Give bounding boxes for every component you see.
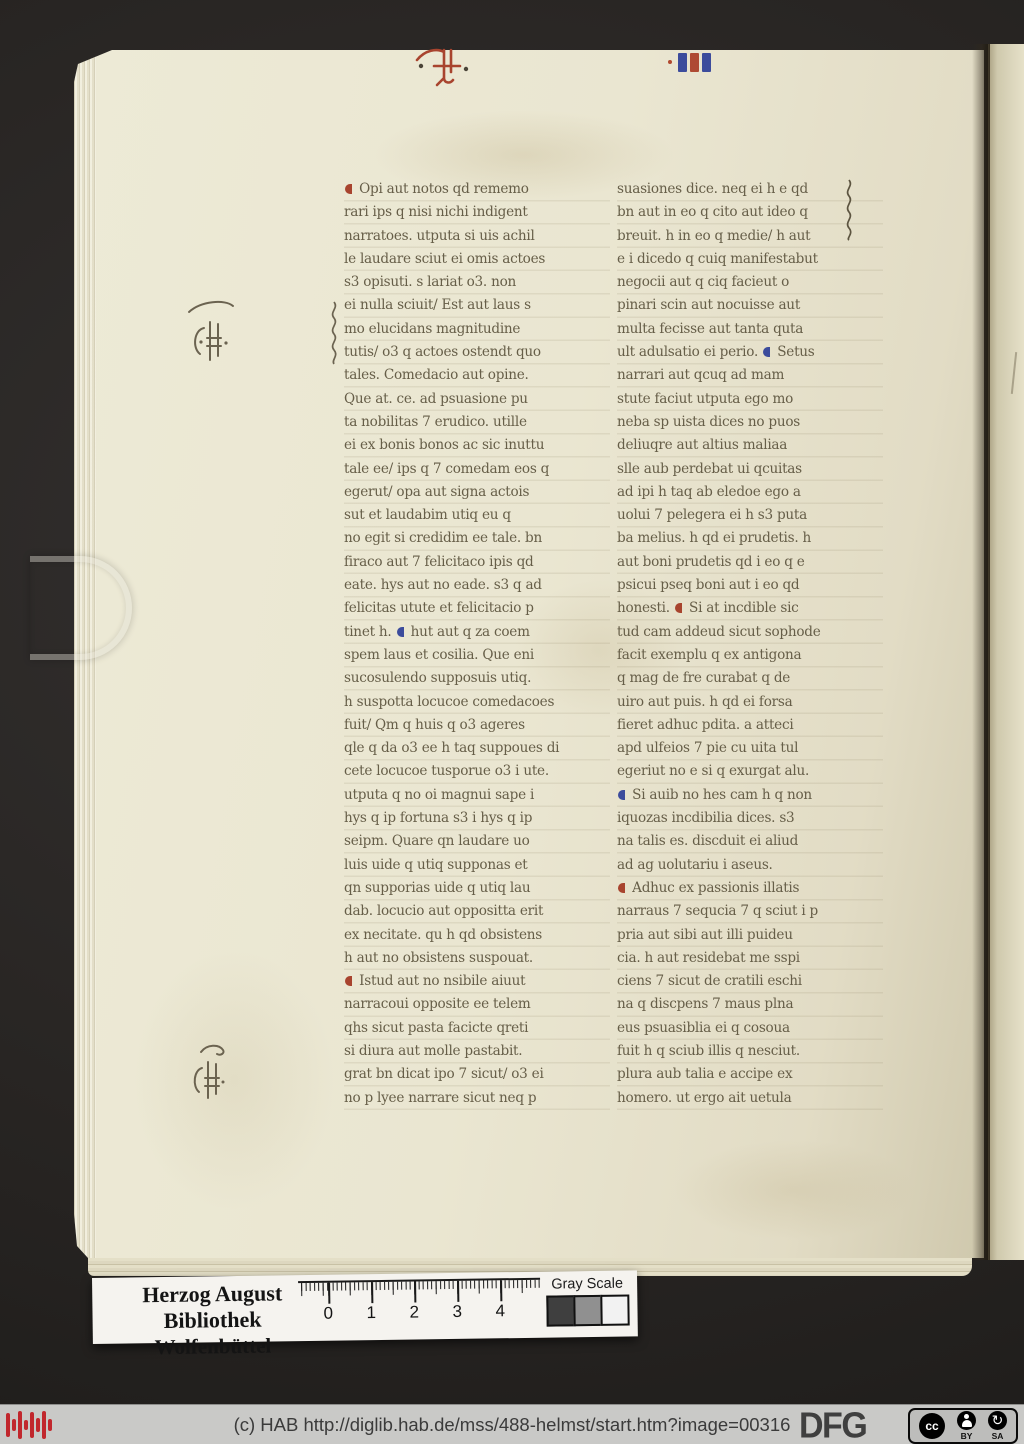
pilcrow-mark-icon — [618, 883, 625, 893]
sa-label: SA — [992, 1431, 1004, 1441]
pilcrow-mark-icon — [345, 184, 352, 194]
manuscript-line: si diura aut molle pastabit. — [344, 1040, 610, 1063]
manuscript-line: qle q da o3 ee h taq suppoues di — [344, 737, 610, 760]
manuscript-line: no p lyee narrare sicut neq p — [344, 1087, 610, 1110]
scanned-manuscript-photo: Opi aut notos qd rememorari ips q nisi n… — [0, 0, 1024, 1444]
manuscript-line: ex necitate. qu h qd obsistens — [344, 924, 610, 947]
library-name-line2: Wolfenbüttel — [97, 1332, 329, 1361]
manuscript-line: tale ee/ ips q 7 comedam eos q — [344, 458, 610, 481]
manuscript-line: eate. hys aut no eade. s3 q ad — [344, 574, 610, 597]
manuscript-line: utputa q no oi magnui sape i — [344, 784, 610, 807]
manuscript-line: ult adulsatio ei perio. Setus — [617, 341, 883, 364]
cc-license-badge: cc BY ↻ SA — [908, 1408, 1018, 1444]
manuscript-line: s3 opisuti. s lariat o3. non — [344, 271, 610, 294]
stripe-bar-blue — [678, 53, 687, 72]
manuscript-line: ad ipi h taq ab eledoe ego a — [617, 481, 883, 504]
ruler-major-tick — [371, 1282, 373, 1303]
manuscript-line: ei nulla sciuit/ Est aut laus s — [344, 294, 610, 317]
gray-scale: Gray Scale — [542, 1275, 633, 1326]
manuscript-line: na q discpens 7 maus plna — [617, 993, 883, 1016]
manuscript-line: fieret adhuc pdita. a atteci — [617, 714, 883, 737]
cc-by-icon: BY — [957, 1411, 976, 1441]
ruler-number: 0 — [323, 1304, 333, 1324]
manuscript-line: seipm. Quare qn laudare uo — [344, 830, 610, 853]
copyright-text: (c) HAB http://diglib.hab.de/mss/488-hel… — [0, 1405, 1024, 1444]
manuscript-line: plura aub talia e accipe ex — [617, 1063, 883, 1086]
text-column-left: Opi aut notos qd rememorari ips q nisi n… — [344, 178, 610, 1112]
manuscript-line: na talis es. discduit ei aliud — [617, 830, 883, 853]
manuscript-line: qn supporias uide q utiq lau — [344, 877, 610, 900]
pilcrow-mark-icon — [345, 976, 352, 986]
manuscript-line: narracoui opposite ee telem — [344, 993, 610, 1016]
manuscript-line: narraus 7 sequcia 7 q sciut i p — [617, 900, 883, 923]
manuscript-line: h suspotta locucoe comedacoes — [344, 691, 610, 714]
manuscript-line: h aut no obsistens suspouat. — [344, 947, 610, 970]
ruler-major-tick — [457, 1281, 459, 1302]
gray-scale-patch — [573, 1295, 602, 1326]
cc-sa-icon: ↻ SA — [988, 1411, 1007, 1441]
ruler-number: 2 — [409, 1302, 419, 1322]
ruler: 01234 — [298, 1272, 541, 1341]
manuscript-line: luis uide q utiq supponas et — [344, 854, 610, 877]
manuscript-line: homero. ut ergo ait uetula — [617, 1087, 883, 1110]
facing-page-edge — [988, 44, 1024, 1260]
manuscript-line: ciens 7 sicut de cratili eschi — [617, 970, 883, 993]
squiggle-mark-icon — [842, 178, 856, 242]
gray-scale-patch — [546, 1295, 575, 1326]
library-name: Herzog August Bibliothek Wolfenbüttel — [96, 1280, 329, 1361]
ruler-major-tick — [500, 1280, 502, 1301]
manuscript-line: felicitas utute et felicitacio p — [344, 597, 610, 620]
ruler-major-tick — [328, 1283, 330, 1304]
manuscript-line: Que at. ce. ad psuasione pu — [344, 388, 610, 411]
nota-mark-icon — [183, 296, 237, 370]
manuscript-line: apd ulfeios 7 pie cu uita tul — [617, 737, 883, 760]
manuscript-line: ba melius. h qd ei prudetis. h — [617, 527, 883, 550]
share-alike-arrow-icon: ↻ — [992, 1411, 1004, 1430]
manuscript-line: pria aut sibi aut illi puideu — [617, 924, 883, 947]
manuscript-line: facit exemplu q ex antigona — [617, 644, 883, 667]
manuscript-line: eus psuasiblia ei q cosoua — [617, 1017, 883, 1040]
manuscript-line: dab. locucio aut oppositta erit — [344, 900, 610, 923]
manuscript-line: slle aub perdebat ui qcuitas — [617, 458, 883, 481]
manuscript-line: tud cam addeud sicut sophode — [617, 621, 883, 644]
manuscript-line: uiro aut puis. h qd ei forsa — [617, 691, 883, 714]
manuscript-line: tutis/ o3 q actoes ostendt quo — [344, 341, 610, 364]
ruler-medium-ticks — [298, 1280, 540, 1296]
manuscript-line: honesti. Si at incdible sic — [617, 597, 883, 620]
pilcrow-mark-icon — [763, 347, 770, 357]
manuscript-line: no egit si credidim ee tale. bn — [344, 527, 610, 550]
ruler-number: 4 — [495, 1301, 505, 1321]
manuscript-line: e i dicedo q cuiq manifestabut — [617, 248, 883, 271]
manuscript-line: mo elucidans magnitudine — [344, 318, 610, 341]
manuscript-line: pinari scin aut nocuisse aut — [617, 294, 883, 317]
library-name-line1: Herzog August Bibliothek — [96, 1280, 329, 1335]
person-icon — [964, 1414, 969, 1419]
manuscript-line: tinet h. hut aut q za coem — [344, 621, 610, 644]
red-dot — [668, 60, 672, 64]
page-holder-clip — [30, 556, 132, 660]
manuscript-line: ad ag uolutariu i aseus. — [617, 854, 883, 877]
manuscript-line: psicui pseq boni aut i eo qd — [617, 574, 883, 597]
manuscript-line: tales. Comedacio aut opine. — [344, 364, 610, 387]
manuscript-line: hys q ip fortuna s3 i hys q ip — [344, 807, 610, 830]
manuscript-line: uolui 7 pelegera ei h s3 puta — [617, 504, 883, 527]
text-column-right: suasiones dice. neq ei h e qdbn aut in e… — [617, 178, 883, 1112]
manuscript-line: cete locucoe tusporue o3 i ute. — [344, 760, 610, 783]
squiggle-mark-icon — [327, 300, 341, 366]
stripe-bar-blue — [702, 53, 711, 72]
manuscript-line: Si auib no hes cam h q non — [617, 784, 883, 807]
gray-scale-label: Gray Scale — [542, 1275, 632, 1292]
book-gutter-shadow — [972, 44, 990, 1260]
manuscript-line: deliuqre aut altius maliaa — [617, 434, 883, 457]
manuscript-line: ei ex bonis bonos ac sic inuttu — [344, 434, 610, 457]
manuscript-line: multa fecisse aut tanta quta — [617, 318, 883, 341]
calibration-strip: Herzog August Bibliothek Wolfenbüttel 01… — [92, 1270, 638, 1344]
manuscript-line: q mag de fre curabat q de — [617, 667, 883, 690]
manuscript-line: sucosulendo supposuis utiq. — [344, 667, 610, 690]
manuscript-line: iquozas incdibilia dices. s3 — [617, 807, 883, 830]
gray-scale-patches — [542, 1294, 632, 1326]
manuscript-line: egeriut no e si q exurgat alu. — [617, 760, 883, 783]
manuscript-line: rari ips q nisi nichi indigent — [344, 201, 610, 224]
manuscript-line: stute faciut utputa ego mo — [617, 388, 883, 411]
red-quire-mark-icon — [413, 42, 471, 88]
manuscript-line: Istud aut no nsibile aiuut — [344, 970, 610, 993]
footer-bar: (c) HAB http://diglib.hab.de/mss/488-hel… — [0, 1404, 1024, 1444]
pilcrow-mark-icon — [618, 790, 625, 800]
manuscript-line: qhs sicut pasta facicte qreti — [344, 1017, 610, 1040]
manuscript-line: Opi aut notos qd rememo — [344, 178, 610, 201]
parchment-stain — [134, 950, 334, 1210]
cc-icon: cc — [919, 1413, 945, 1439]
by-label: BY — [961, 1431, 973, 1441]
blue-red-stripe-mark-icon — [668, 52, 711, 72]
nota-mark-icon — [185, 1040, 233, 1106]
manuscript-line: spem laus et cosilia. Que eni — [344, 644, 610, 667]
manuscript-line: le laudare sciut ei omis actoes — [344, 248, 610, 271]
manuscript-line: egerut/ opa aut signa actois — [344, 481, 610, 504]
stripe-bar-red — [690, 53, 699, 72]
gray-scale-patch — [600, 1295, 629, 1326]
ruler-number: 3 — [452, 1302, 462, 1322]
manuscript-line: narrari aut qcuq ad mam — [617, 364, 883, 387]
pilcrow-mark-icon — [675, 603, 682, 613]
ruler-major-tick — [414, 1281, 416, 1302]
parchment-stain — [674, 1140, 914, 1240]
manuscript-line: neba sp uista dices no puos — [617, 411, 883, 434]
manuscript-line: grat bn dicat ipo 7 sicut/ o3 ei — [344, 1063, 610, 1086]
manuscript-line: fuit h q sciub illis q nesciut. — [617, 1040, 883, 1063]
manuscript-line: Adhuc ex passionis illatis — [617, 877, 883, 900]
manuscript-line: negocii aut q ciq facieut o — [617, 271, 883, 294]
manuscript-line: sut et laudabim utiq eu q — [344, 504, 610, 527]
manuscript-line: fuit/ Qm q huis q o3 ageres — [344, 714, 610, 737]
manuscript-line: firaco aut 7 felicitaco ipis qd — [344, 551, 610, 574]
manuscript-line: ta nobilitas 7 erudico. utille — [344, 411, 610, 434]
manuscript-line: narratoes. utputa si uis achil — [344, 225, 610, 248]
pilcrow-mark-icon — [397, 627, 404, 637]
ruler-number: 1 — [366, 1303, 376, 1323]
manuscript-line: aut boni prudetis qd i eo q e — [617, 551, 883, 574]
manuscript-line: cia. h aut residebat me sspi — [617, 947, 883, 970]
dfg-logo: DFG — [799, 1406, 866, 1444]
